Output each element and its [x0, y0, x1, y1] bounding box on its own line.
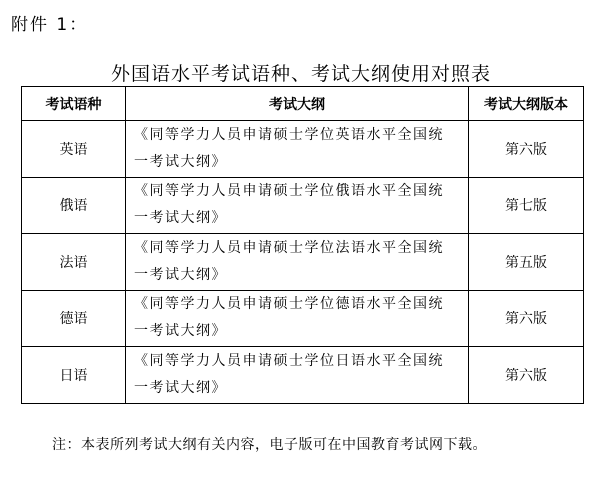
- outline-line: 一考试大纲》: [134, 149, 468, 176]
- outline-line: 《同等学力人员申请硕士学位俄语水平全国统: [134, 178, 468, 205]
- attachment-label: 附件 1：: [11, 10, 88, 35]
- exam-outline-table: 考试语种 考试大纲 考试大纲版本 英语 《同等学力人员申请硕士学位英语水平全国统…: [21, 86, 584, 404]
- table-row: 英语 《同等学力人员申请硕士学位英语水平全国统一考试大纲》 第六版: [22, 121, 584, 178]
- cell-language: 德语: [22, 290, 126, 347]
- cell-outline: 《同等学力人员申请硕士学位德语水平全国统一考试大纲》: [126, 290, 469, 347]
- outline-line: 《同等学力人员申请硕士学位法语水平全国统: [134, 235, 468, 262]
- cell-language: 英语: [22, 121, 126, 178]
- header-language: 考试语种: [22, 87, 126, 121]
- cell-version: 第六版: [469, 290, 584, 347]
- outline-line: 一考试大纲》: [134, 318, 468, 345]
- table-row: 法语 《同等学力人员申请硕士学位法语水平全国统一考试大纲》 第五版: [22, 234, 584, 291]
- table-row: 俄语 《同等学力人员申请硕士学位俄语水平全国统一考试大纲》 第七版: [22, 177, 584, 234]
- header-outline: 考试大纲: [126, 87, 469, 121]
- cell-outline: 《同等学力人员申请硕士学位俄语水平全国统一考试大纲》: [126, 177, 469, 234]
- outline-line: 《同等学力人员申请硕士学位英语水平全国统: [134, 122, 468, 149]
- cell-version: 第五版: [469, 234, 584, 291]
- table-header-row: 考试语种 考试大纲 考试大纲版本: [22, 87, 584, 121]
- outline-line: 一考试大纲》: [134, 262, 468, 289]
- cell-language: 日语: [22, 347, 126, 404]
- cell-language: 法语: [22, 234, 126, 291]
- document-title: 外国语水平考试语种、考试大纲使用对照表: [0, 59, 602, 86]
- outline-line: 一考试大纲》: [134, 375, 468, 402]
- table-row: 日语 《同等学力人员申请硕士学位日语水平全国统一考试大纲》 第六版: [22, 347, 584, 404]
- cell-outline: 《同等学力人员申请硕士学位法语水平全国统一考试大纲》: [126, 234, 469, 291]
- table-row: 德语 《同等学力人员申请硕士学位德语水平全国统一考试大纲》 第六版: [22, 290, 584, 347]
- outline-line: 《同等学力人员申请硕士学位日语水平全国统: [134, 348, 468, 375]
- cell-outline: 《同等学力人员申请硕士学位日语水平全国统一考试大纲》: [126, 347, 469, 404]
- cell-version: 第六版: [469, 121, 584, 178]
- cell-language: 俄语: [22, 177, 126, 234]
- cell-version: 第六版: [469, 347, 584, 404]
- footnote: 注：本表所列考试大纲有关内容，电子版可在中国教育考试网下载。: [52, 434, 487, 454]
- outline-line: 一考试大纲》: [134, 205, 468, 232]
- header-version: 考试大纲版本: [469, 87, 584, 121]
- outline-line: 《同等学力人员申请硕士学位德语水平全国统: [134, 291, 468, 318]
- cell-outline: 《同等学力人员申请硕士学位英语水平全国统一考试大纲》: [126, 121, 469, 178]
- cell-version: 第七版: [469, 177, 584, 234]
